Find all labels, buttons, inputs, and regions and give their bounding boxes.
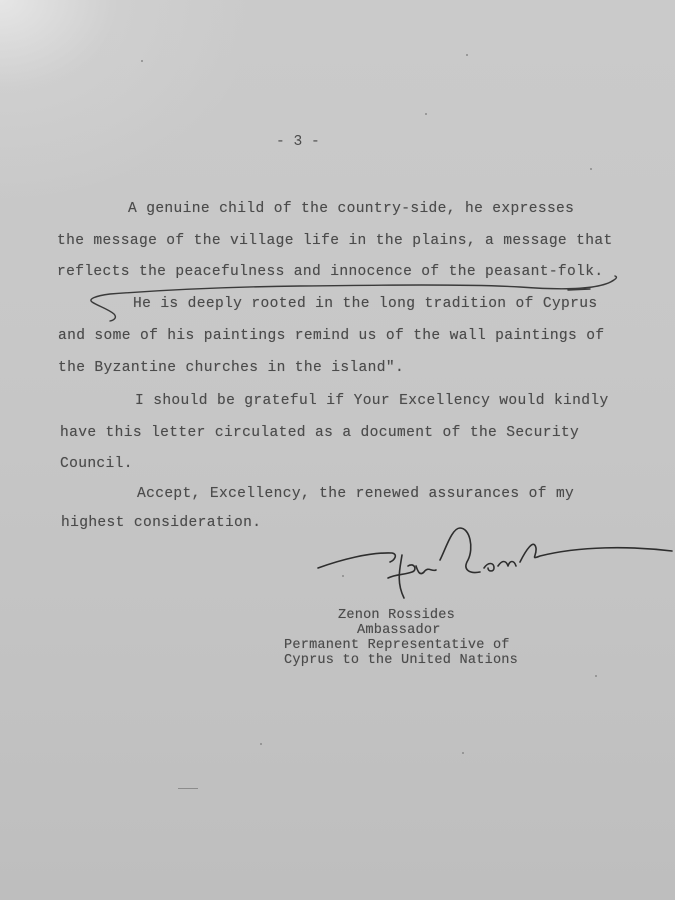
handwritten-ink-layer	[0, 0, 675, 900]
paragraph-2-line-3: Council.	[60, 456, 133, 472]
dust-speck	[590, 168, 592, 170]
signature-icon	[318, 528, 672, 598]
paragraph-1-line-6: the Byzantine churches in the island".	[58, 360, 404, 376]
paragraph-2-line-2: have this letter circulated as a documen…	[60, 425, 579, 441]
paragraph-3-line-2: highest consideration.	[61, 515, 261, 531]
signatory-title: Ambassador	[357, 623, 441, 638]
dust-speck	[342, 575, 344, 577]
ink-smudge	[178, 788, 198, 789]
paragraph-1-line-4: He is deeply rooted in the long traditio…	[133, 296, 598, 312]
paragraph-2-line-1: I should be grateful if Your Excellency …	[135, 393, 609, 409]
dust-speck	[141, 60, 143, 62]
paragraph-3-line-1: Accept, Excellency, the renewed assuranc…	[137, 486, 574, 502]
dust-speck	[595, 675, 597, 677]
dust-speck	[260, 743, 262, 745]
dust-speck	[425, 113, 427, 115]
signatory-position-line-1: Permanent Representative of	[284, 638, 510, 653]
paragraph-1-line-2: the message of the village life in the p…	[57, 233, 613, 249]
signatory-name: Zenon Rossides	[338, 608, 455, 623]
dust-speck	[466, 54, 468, 56]
paragraph-1-line-3: reflects the peacefulness and innocence …	[57, 264, 603, 280]
dust-speck	[462, 752, 464, 754]
page-number: - 3 -	[276, 134, 320, 150]
signatory-position-line-2: Cyprus to the United Nations	[284, 653, 518, 668]
paragraph-1-line-5: and some of his paintings remind us of t…	[58, 328, 604, 344]
document-page: - 3 - A genuine child of the country-sid…	[0, 0, 675, 900]
paragraph-1-line-1: A genuine child of the country-side, he …	[128, 201, 574, 217]
